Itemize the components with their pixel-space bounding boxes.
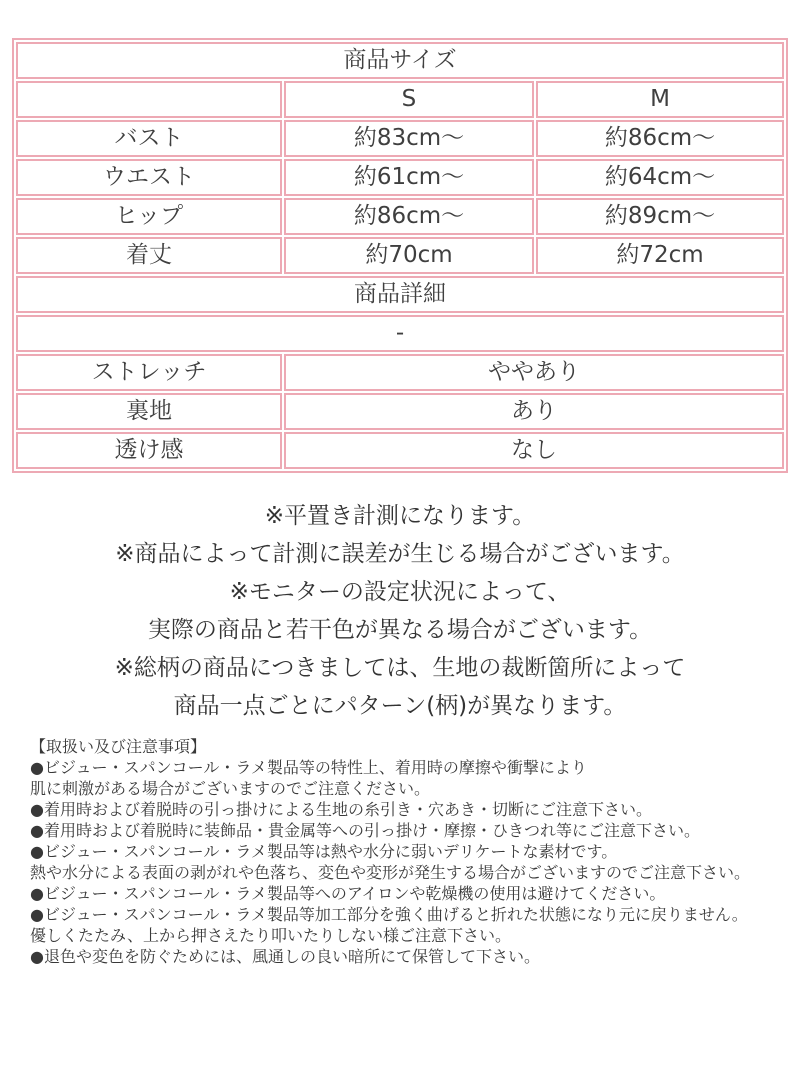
length-value-m: 約72cm	[536, 237, 784, 274]
detail-table-title: 商品詳細	[16, 276, 784, 313]
care-line: ●ビジュー・スパンコール・ラメ製品等加工部分を強く曲げると折れた状態になり元に戻…	[30, 904, 780, 925]
care-line: ●ビジュー・スパンコール・ラメ製品等の特性上、着用時の摩擦や衝撃により	[30, 757, 780, 778]
lining-value: あり	[284, 393, 784, 430]
note-line: 実際の商品と若干色が異なる場合がございます。	[0, 611, 800, 649]
table-row-sheerness: 透け感 なし	[16, 432, 784, 469]
table-row-length: 着丈 約70cm 約72cm	[16, 237, 784, 274]
stretch-value: ややあり	[284, 354, 784, 391]
measurement-notes: ※平置き計測になります。 ※商品によって計測に誤差が生じる場合がございます。 ※…	[0, 497, 800, 725]
note-line: ※モニターの設定状況によって、	[0, 573, 800, 611]
care-title: 【取扱い及び注意事項】	[30, 736, 780, 757]
row-label-hip: ヒップ	[16, 198, 282, 235]
waist-value-m: 約64cm〜	[536, 159, 784, 196]
detail-note-cell: -	[16, 315, 784, 352]
care-line: ●着用時および着脱時に装飾品・貴金属等への引っ掛け・摩擦・ひきつれ等にご注意下さ…	[30, 820, 780, 841]
care-line: 熱や水分による表面の剥がれや色落ち、変色や変形が発生する場合がございますのでご注…	[30, 862, 780, 883]
note-line: ※平置き計測になります。	[0, 497, 800, 535]
table-row-lining: 裏地 あり	[16, 393, 784, 430]
bust-value-s: 約83cm〜	[284, 120, 534, 157]
care-line: ●ビジュー・スパンコール・ラメ製品等へのアイロンや乾燥機の使用は避けてください。	[30, 883, 780, 904]
table-row-waist: ウエスト 約61cm〜 約64cm〜	[16, 159, 784, 196]
care-line: ●退色や変色を防ぐためには、風通しの良い暗所にて保管して下さい。	[30, 946, 780, 967]
row-label-waist: ウエスト	[16, 159, 282, 196]
table-row-size-headers: S M	[16, 81, 784, 118]
size-column-header-s: S	[284, 81, 534, 118]
waist-value-s: 約61cm〜	[284, 159, 534, 196]
care-line: ●ビジュー・スパンコール・ラメ製品等は熱や水分に弱いデリケートな素材です。	[30, 841, 780, 862]
length-value-s: 約70cm	[284, 237, 534, 274]
sheerness-value: なし	[284, 432, 784, 469]
size-header-empty-cell	[16, 81, 282, 118]
row-label-lining: 裏地	[16, 393, 282, 430]
table-row-detail-title: 商品詳細	[16, 276, 784, 313]
row-label-sheerness: 透け感	[16, 432, 282, 469]
note-line: 商品一点ごとにパターン(柄)が異なります。	[0, 687, 800, 725]
bust-value-m: 約86cm〜	[536, 120, 784, 157]
note-line: ※商品によって計測に誤差が生じる場合がございます。	[0, 535, 800, 573]
table-row-stretch: ストレッチ ややあり	[16, 354, 784, 391]
size-column-header-m: M	[536, 81, 784, 118]
table-row-size-title: 商品サイズ	[16, 42, 784, 79]
care-line: 優しくたたみ、上から押さえたり叩いたりしない様ご注意下さい。	[30, 925, 780, 946]
size-table-title: 商品サイズ	[16, 42, 784, 79]
product-spec-table: 商品サイズ S M バスト 約83cm〜 約86cm〜 ウエスト 約61cm〜 …	[12, 38, 788, 473]
hip-value-m: 約89cm〜	[536, 198, 784, 235]
table-row-hip: ヒップ 約86cm〜 約89cm〜	[16, 198, 784, 235]
care-line: 肌に刺激がある場合がございますのでご注意ください。	[30, 778, 780, 799]
care-line: ●着用時および着脱時の引っ掛けによる生地の糸引き・穴あき・切断にご注意下さい。	[30, 799, 780, 820]
row-label-bust: バスト	[16, 120, 282, 157]
hip-value-s: 約86cm〜	[284, 198, 534, 235]
row-label-stretch: ストレッチ	[16, 354, 282, 391]
note-line: ※総柄の商品につきましては、生地の裁断箇所によって	[0, 649, 800, 687]
row-label-length: 着丈	[16, 237, 282, 274]
table-row-detail-note: -	[16, 315, 784, 352]
table-row-bust: バスト 約83cm〜 約86cm〜	[16, 120, 784, 157]
product-info-page: 商品サイズ S M バスト 約83cm〜 約86cm〜 ウエスト 約61cm〜 …	[0, 0, 800, 1067]
care-instructions: 【取扱い及び注意事項】 ●ビジュー・スパンコール・ラメ製品等の特性上、着用時の摩…	[0, 736, 800, 967]
